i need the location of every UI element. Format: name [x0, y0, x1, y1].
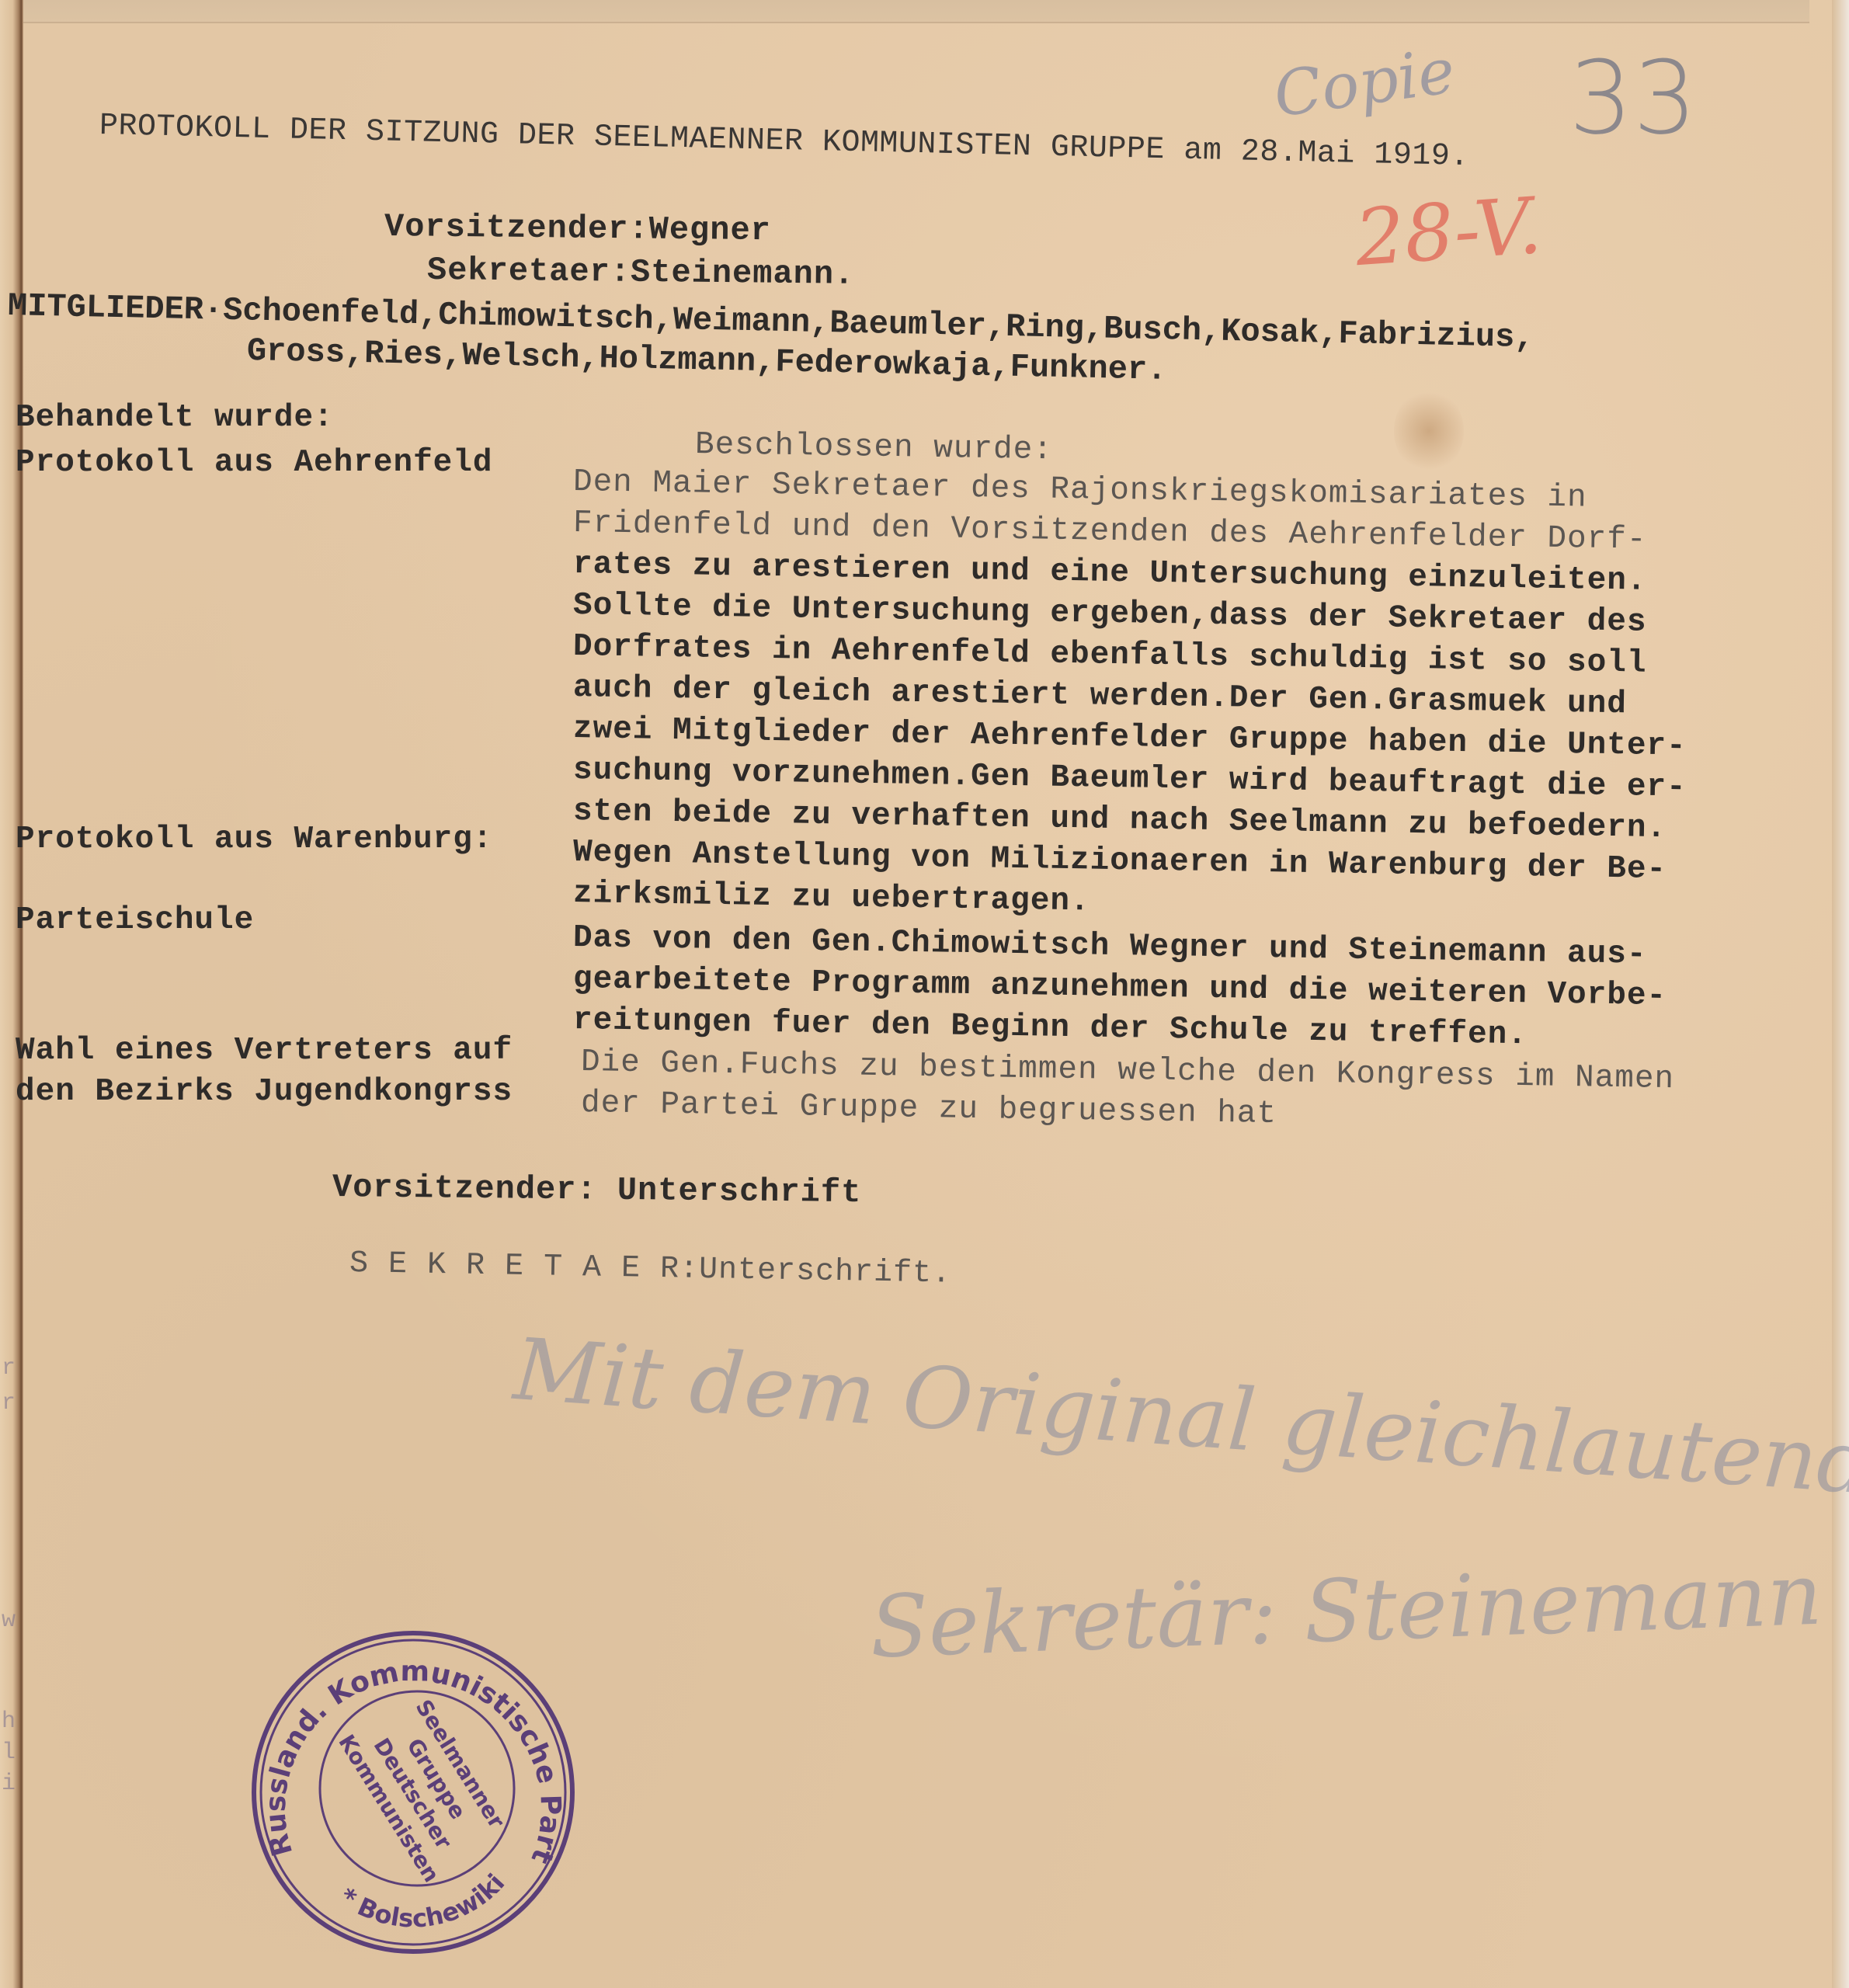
margin-ghost-letter: i [2, 1771, 16, 1797]
red-date-annotation: 28-V. [1352, 180, 1545, 283]
right-column-heading: Beschlossen wurde: [695, 427, 1054, 468]
page-right-edge [1832, 0, 1849, 1988]
agenda-topic: Protokoll aus Warenburg: [16, 822, 493, 857]
resolution-line: der Partei Gruppe zu begruessen hat [581, 1086, 1277, 1132]
copy-annotation: Copie [1270, 34, 1459, 131]
secretary-signature-line: S E K R E T A E R:Unterschrift. [349, 1246, 952, 1292]
document-title: PROTOKOLL DER SITZUNG DER SEELMAENNER KO… [99, 109, 1469, 175]
left-column-heading: Behandelt wurde: [16, 400, 334, 436]
chair-line: Vorsitzender:Wegner [384, 208, 771, 249]
margin-ghost-letter: w [2, 1607, 16, 1634]
margin-ghost-letter: l [2, 1739, 16, 1766]
secretary-handwritten-signature: Sekretär: Steinemann [868, 1545, 1823, 1677]
margin-ghost-letter: r [2, 1390, 16, 1416]
stamp-seal-icon: Russland. Kommunistische Part. * Bolsche… [242, 1621, 584, 1963]
resolution-line: zirksmiliz zu uebertragen. [573, 876, 1090, 919]
margin-ghost-letter: r [2, 1355, 16, 1382]
paper-top-strip [23, 0, 1809, 23]
agenda-topic: den Bezirks Jugendkongrss [16, 1074, 513, 1110]
agenda-topic: Wahl eines Vertreters auf [16, 1033, 513, 1069]
agenda-topic: Protokoll aus Aehrenfeld [16, 445, 493, 481]
party-stamp: Russland. Kommunistische Part. * Bolsche… [242, 1621, 584, 1963]
resolution-line: reitungen fuer den Beginn der Schule zu … [573, 1003, 1528, 1053]
document-page: r r w h l i Copie 33 28-V. PROTOKOLL DER… [0, 0, 1849, 1988]
ink-stain [1394, 388, 1464, 474]
secretary-line: Sekretaer:Steinemann. [427, 252, 855, 294]
certification-handwriting: Mit dem Original gleichlautend [511, 1319, 1849, 1514]
page-number: 33 [1569, 39, 1697, 157]
agenda-topic: Parteischule [16, 902, 254, 938]
chair-signature-line: Vorsitzender: Unterschrift [332, 1169, 862, 1211]
margin-ghost-letter: h [2, 1708, 16, 1735]
